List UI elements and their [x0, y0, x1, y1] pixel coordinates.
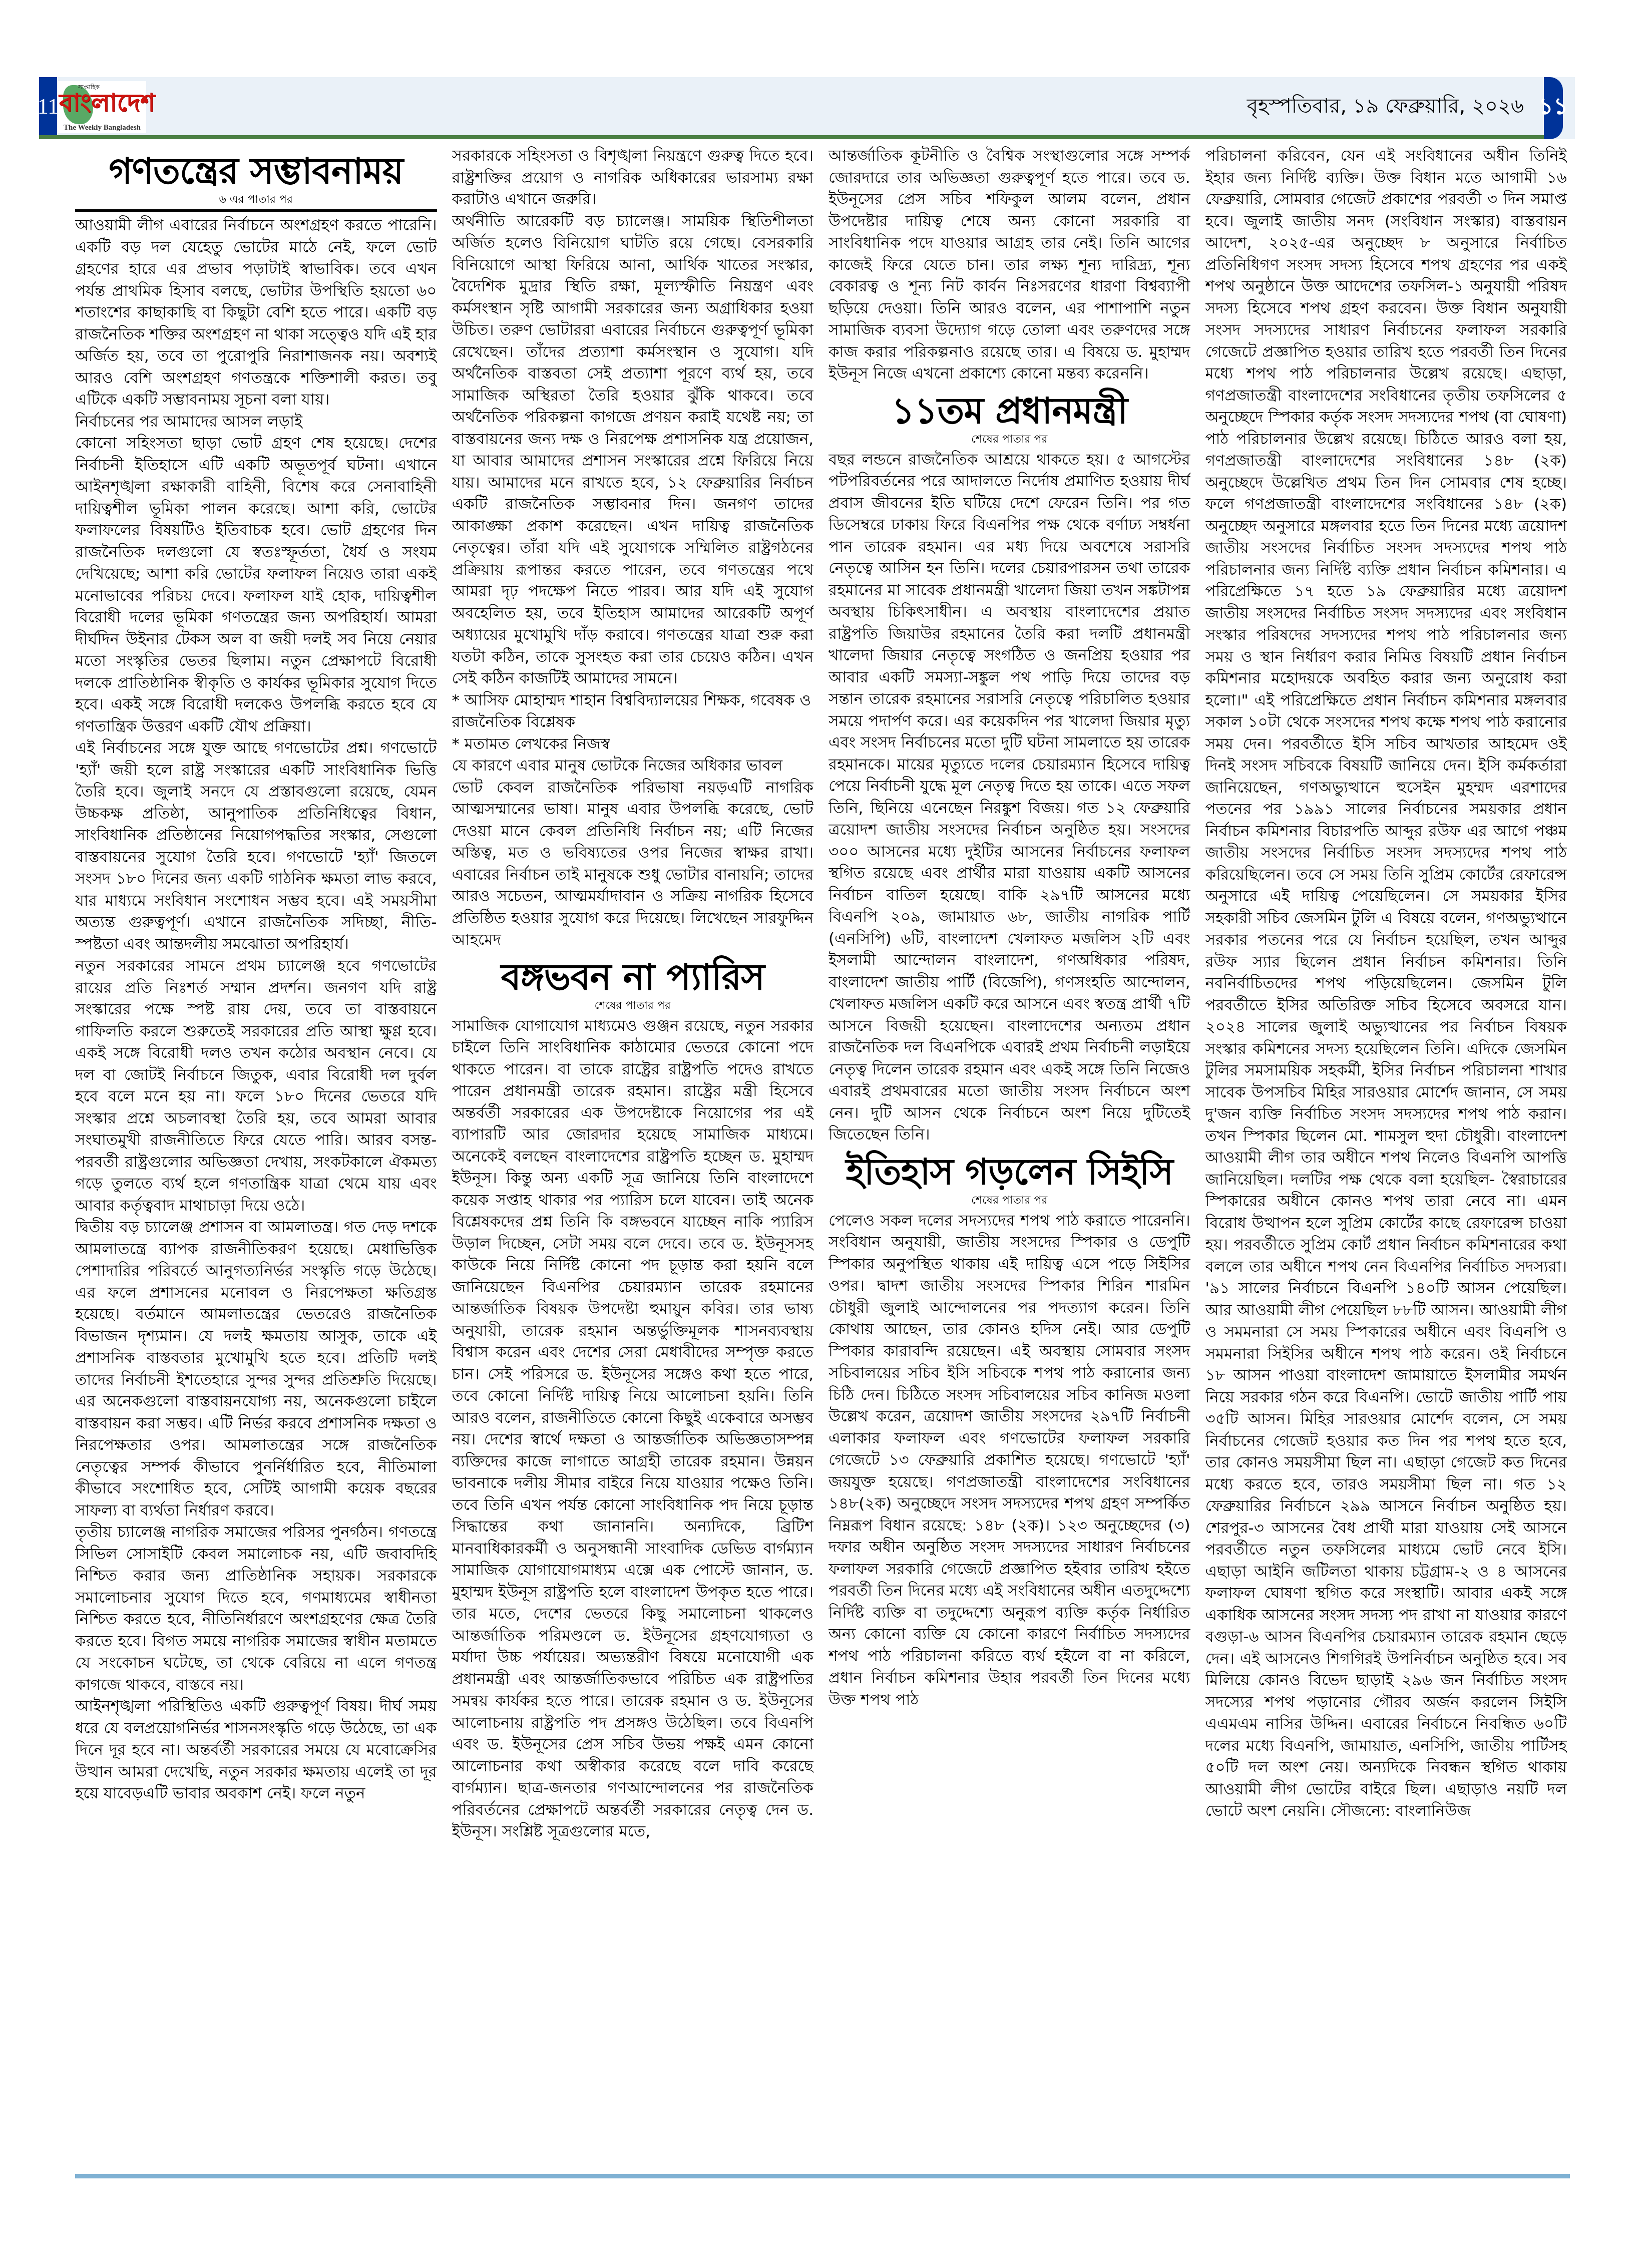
article-paragraph: সরকারকে সহিংসতা ও বিশৃঙ্খলা নিয়ন্ত্রণে …: [452, 145, 814, 211]
column-3: আন্তর্জাতিক কূটনীতি ও বৈশ্বিক সংস্থাগুলো…: [829, 145, 1190, 2088]
section-subhead: যে কারণে এবার মানুষ ভোটকে নিজের অধিকার ভ…: [452, 755, 814, 777]
column-1: গণতন্ত্রের সম্ভাবনাময়৬ এর পাতার পরআওয়া…: [75, 145, 437, 2088]
article-columns: গণতন্ত্রের সম্ভাবনাময়৬ এর পাতার পরআওয়া…: [75, 145, 1567, 2088]
continued-from-note: ৬ এর পাতার পর: [75, 192, 437, 207]
article-headline: ইতিহাস গড়লেন সিইসি: [829, 1150, 1190, 1193]
logo-title: বাংলাদেশ: [59, 87, 145, 118]
article-paragraph: সামাজিক যোগাযোগ মাধ্যমেও গুঞ্জন রয়েছে, …: [452, 1015, 814, 1843]
continued-from-note: শেষের পাতার পর: [829, 1193, 1190, 1208]
author-footnote: * মতামত লেখকের নিজস্ব: [452, 733, 814, 756]
article-paragraph: পেলেও সকল দলের সদস্যদের শপথ পাঠ করাতে পা…: [829, 1210, 1190, 1711]
section-subhead: নির্বাচনের পর আমাদের আসল লড়াই: [75, 411, 437, 433]
logo-subtitle: The Weekly Bangladesh: [58, 124, 146, 132]
article-paragraph: পরিচালনা করিবেন, যেন এই সংবিধানের অধীন ত…: [1205, 145, 1567, 1822]
continued-from-note: শেষের পাতার পর: [452, 998, 814, 1013]
newspaper-logo[interactable]: সাপ্তাহিক বাংলাদেশ The Weekly Bangladesh: [58, 81, 146, 133]
article-paragraph: তৃতীয় চ্যালেঞ্জ নাগরিক সমাজের পরিসর পুন…: [75, 1522, 437, 1696]
article-paragraph: বছর লন্ডনে রাজনৈতিক আশ্রয়ে থাকতে হয়। ৫…: [829, 449, 1190, 1146]
column-2: সরকারকে সহিংসতা ও বিশৃঙ্খলা নিয়ন্ত্রণে …: [452, 145, 814, 2088]
article-paragraph: নতুন সরকারের সামনে প্রথম চ্যালেঞ্জ হবে গ…: [75, 955, 437, 1217]
masthead-rule: [39, 135, 1544, 139]
article-paragraph: এই নির্বাচনের সঙ্গে যুক্ত আছে গণভোটের প্…: [75, 737, 437, 955]
article-paragraph: ভোট কেবল রাজনৈতিক পরিভাষা নয়ড়এটি নাগরি…: [452, 777, 814, 951]
article-headline: ১১তম প্রধানমন্ত্রী: [829, 389, 1190, 432]
headline-rule: [75, 209, 437, 212]
page-number-left: 11: [39, 77, 57, 135]
page-number-right: ১১: [1544, 77, 1563, 139]
issue-date: বৃহস্পতিবার, ১৯ ফেব্রুয়ারি, ২০২৬: [1247, 90, 1524, 124]
continued-from-note: শেষের পাতার পর: [829, 432, 1190, 447]
article-paragraph: কোনো সহিংসতা ছাড়া ভোট গ্রহণ শেষ হয়েছে।…: [75, 433, 437, 737]
article-paragraph: দ্বিতীয় বড় চ্যালেঞ্জ প্রশাসন বা আমলাতন…: [75, 1217, 437, 1522]
author-footnote: * আসিফ মোহাম্মদ শাহান বিশ্ববিদ্যালয়ের শ…: [452, 690, 814, 733]
article-headline: গণতন্ত্রের সম্ভাবনাময়: [75, 149, 437, 192]
article-paragraph: আন্তর্জাতিক কূটনীতি ও বৈশ্বিক সংস্থাগুলো…: [829, 145, 1190, 385]
article-paragraph: অর্থনীতি আরেকটি বড় চ্যালেঞ্জ। সাময়িক স…: [452, 211, 814, 690]
column-4: পরিচালনা করিবেন, যেন এই সংবিধানের অধীন ত…: [1205, 145, 1567, 2088]
article-paragraph: আওয়ামী লীগ এবারের নির্বাচনে অংশগ্রহণ কর…: [75, 215, 437, 411]
article-paragraph: আইনশৃঙ্খলা পরিস্থিতিও একটি গুরুত্বপূর্ণ …: [75, 1696, 437, 1805]
article-headline: বঙ্গভবন না প্যারিস: [452, 955, 814, 998]
footer-rule: [75, 2174, 1570, 2178]
